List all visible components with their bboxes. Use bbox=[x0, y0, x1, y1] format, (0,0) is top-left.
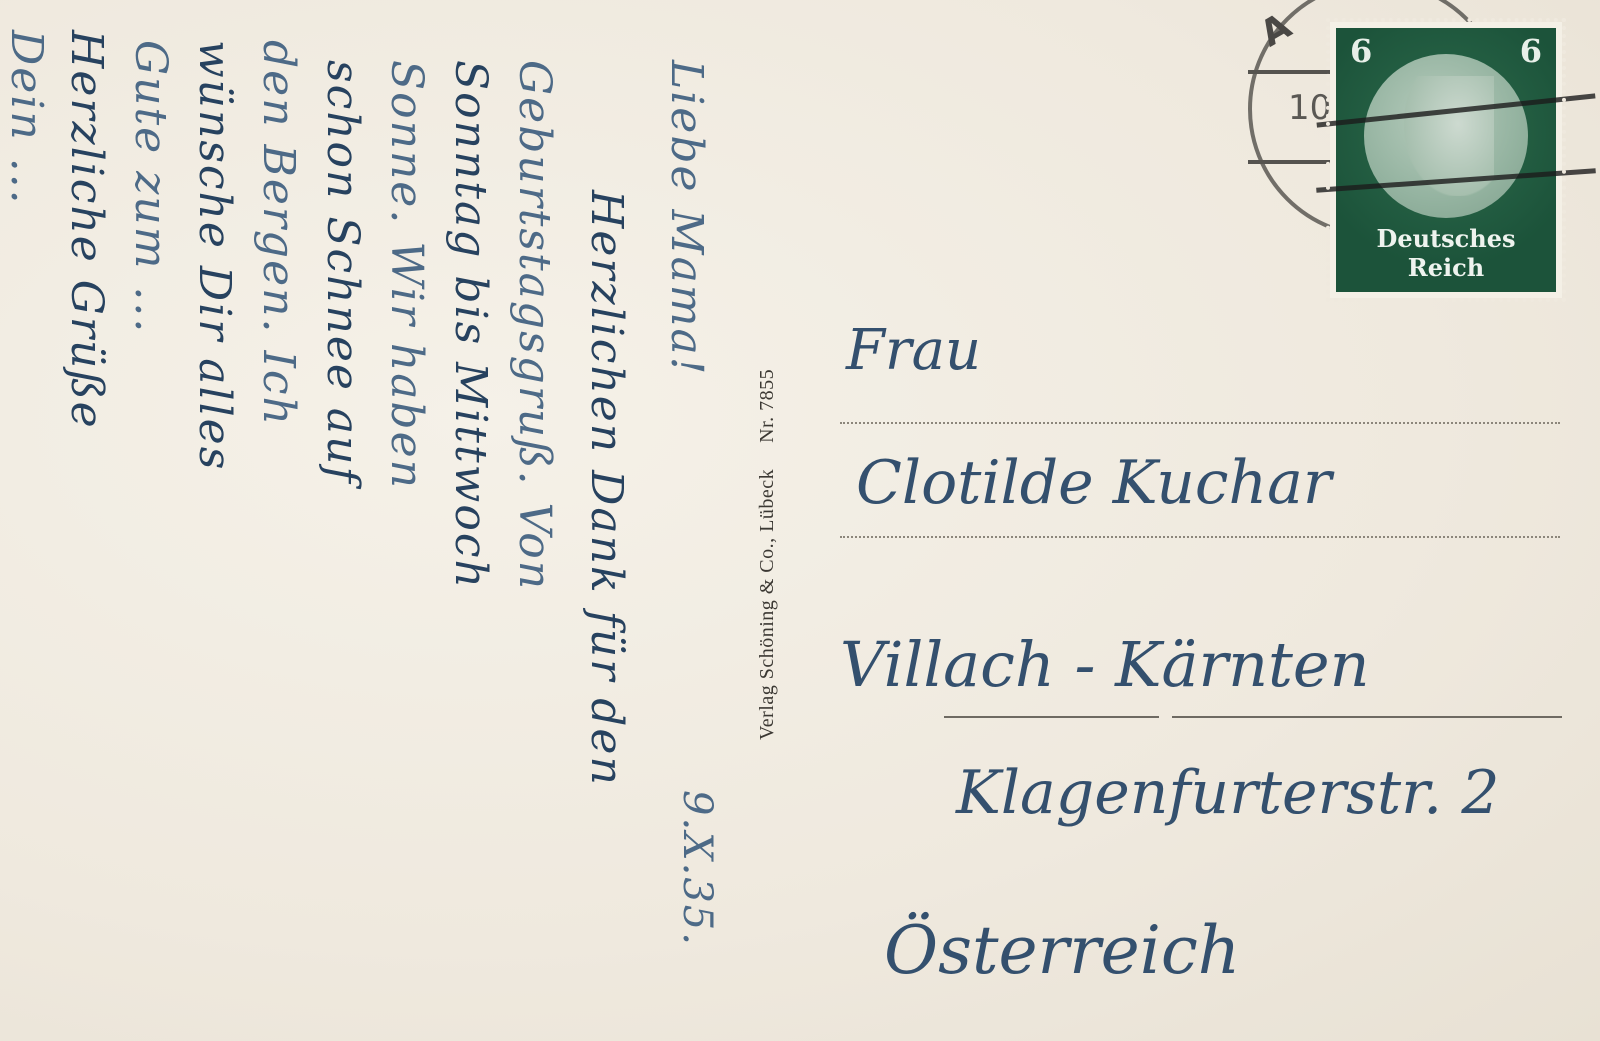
message-line: Herzliche Grüße bbox=[61, 30, 112, 430]
message-line: Sonne. Wir haben bbox=[381, 60, 432, 490]
message-line: wünsche Dir alles bbox=[189, 40, 240, 471]
postmark-bar-top bbox=[1248, 70, 1338, 74]
address-region-underline bbox=[1172, 716, 1562, 718]
message-line: Sonntag bis Mittwoch bbox=[445, 60, 496, 590]
stamp-value-right: 6 bbox=[1520, 32, 1542, 70]
message-line: Dein ... bbox=[1, 30, 52, 206]
message-line: schon Schnee auf bbox=[317, 60, 368, 485]
handwritten-message: Liebe Mama! 9.X.35. Herzlichen Dank für … bbox=[0, 0, 760, 1041]
message-line: Gute zum ... bbox=[125, 40, 176, 334]
stamp-country: Deutsches Reich bbox=[1336, 224, 1556, 282]
address-line-2 bbox=[840, 536, 1560, 538]
stamp-value-left: 6 bbox=[1350, 32, 1372, 70]
address-salutation: Frau bbox=[846, 318, 981, 383]
address-name: Clotilde Kuchar bbox=[856, 448, 1332, 518]
publisher-name: Verlag Schöning & Co., Lübeck bbox=[756, 469, 778, 740]
message-date: 9.X.35. bbox=[674, 790, 720, 947]
postage-stamp: 6 6 Deutsches Reich bbox=[1330, 22, 1562, 298]
message-line: den Bergen. Ich bbox=[253, 40, 304, 427]
address-line-1 bbox=[840, 422, 1560, 424]
address-country: Österreich bbox=[884, 912, 1240, 989]
card-number: Nr. 7855 bbox=[756, 369, 778, 443]
address-city: Villach - Kärnten bbox=[840, 628, 1370, 701]
message-greeting: Liebe Mama! bbox=[661, 60, 712, 376]
publisher-imprint: Verlag Schöning & Co., LübeckNr. 7855 bbox=[756, 369, 779, 740]
message-line: Geburtstagsgruß. Von bbox=[509, 60, 560, 591]
postmark-bar-bottom bbox=[1248, 160, 1338, 164]
address-street: Klagenfurterstr. 2 bbox=[956, 758, 1500, 828]
postcard: Liebe Mama! 9.X.35. Herzlichen Dank für … bbox=[0, 0, 1600, 1041]
address-city-underline bbox=[944, 716, 1159, 718]
portrait-medallion-icon bbox=[1364, 54, 1528, 218]
message-line: Herzlichen Dank für den bbox=[581, 190, 632, 787]
